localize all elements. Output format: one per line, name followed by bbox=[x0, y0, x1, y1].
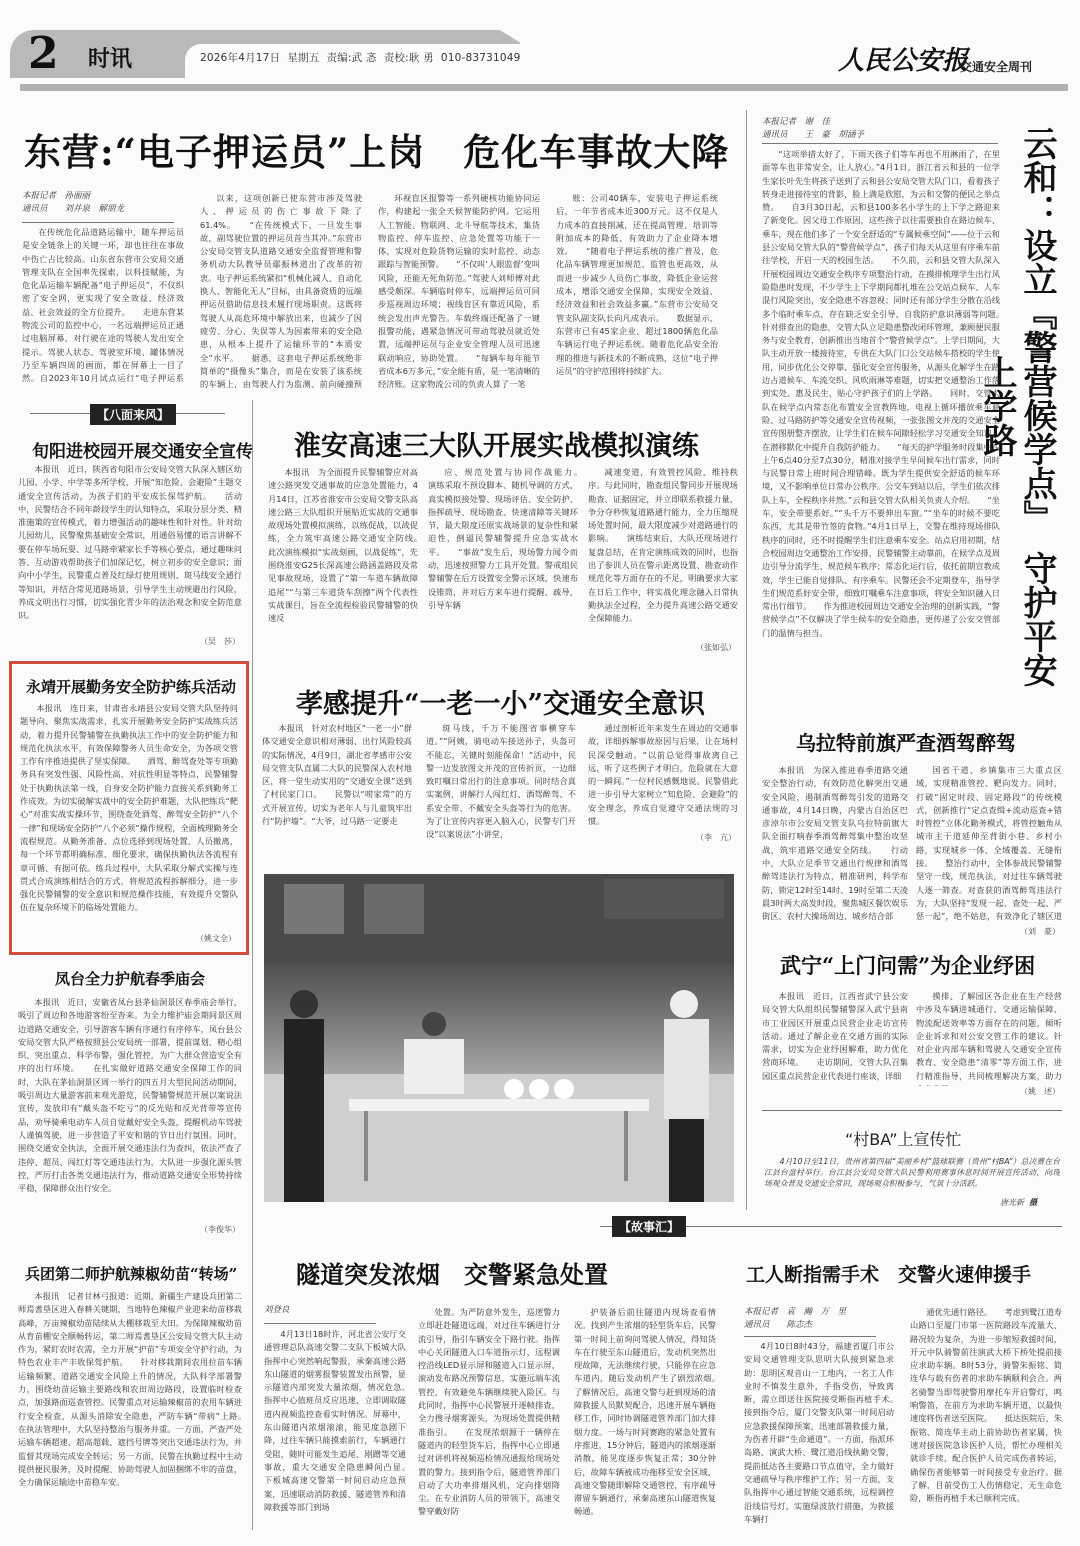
yunhe-headline: 云和：设立『警营候学点』 守护平安上学路 bbox=[1015, 116, 1057, 696]
lead-col-3: 环视盲区报警等一系列硬核功能协同运作，构建起一张全天候智能防护网。它运用人工智能… bbox=[378, 192, 540, 388]
lead-col-2: 以来，这项创新已使东营市涉及驾驶人、押运员的伤亡事故下降了61.4%。 “在传统… bbox=[200, 192, 362, 388]
yunhe-byline-rule bbox=[762, 143, 998, 144]
finger-byline: 本报记者 袁 瀚 万 里 通讯员 陈志杰 bbox=[744, 1306, 884, 1332]
issue-date: 2026年4月17日 bbox=[200, 52, 280, 64]
xiaogan-col-1: 本报讯 针对农村地区“一老一小”群体交通安全意识相对薄弱、出行风险较高的实际情况… bbox=[262, 722, 412, 844]
cunba-photo bbox=[264, 874, 734, 1202]
yunhe-body: “这项举措太好了，下雨天孩子们等车再也不用淋雨了，在里面等车也非常安全，让人放心… bbox=[762, 148, 1000, 696]
xiaogan-headline: 孝感提升“一老一小”交通安全意识 bbox=[296, 682, 705, 721]
right-column-divider bbox=[746, 110, 747, 1210]
paper-logo: 人民公安报 bbox=[838, 40, 968, 77]
finger-byline-rule bbox=[744, 1336, 876, 1337]
phone: 010-83731049 bbox=[441, 52, 521, 64]
section-name: 时讯 bbox=[88, 42, 132, 73]
wulate-col-1: 本报讯 为深入推进春季道路交通安全整治行动，有效防范化解突出交通安全风险，遏制酒… bbox=[762, 764, 908, 936]
bingtuan-body: 本报讯 记者甘林弓报道：近期，新疆生产建设兵团第二师焉耆垦区进入春耕关键期，当地… bbox=[18, 1290, 242, 1512]
issue-meta: 2026年4月17日 星期五 责编:武 忞 责校:耿 勇 010-8373104… bbox=[200, 50, 521, 65]
page-number: 2 bbox=[28, 30, 59, 78]
yongjing-headline: 永靖开展勤务安全防护练兵活动 bbox=[26, 676, 236, 697]
tunnel-byline-rule bbox=[264, 1323, 376, 1324]
lead-headline: 东营:“电子押运员”上岗 危化车事故大降 bbox=[24, 122, 729, 176]
masthead-rule bbox=[20, 84, 1068, 91]
xiaogan-col-3: 通过剖析近年来发生在周边的交通事故，详细拆解事故原因与后果，让在场村民深受触动。… bbox=[588, 722, 738, 830]
tunnel-byline: 刘登良 bbox=[264, 1304, 290, 1317]
wuning-headline: 武宁“上门问需”为企业纾困 bbox=[780, 950, 1035, 980]
huaian-credit: （张如弘） bbox=[670, 642, 736, 653]
wuning-credit: （姚 述） bbox=[1004, 1086, 1060, 1097]
wuning-rule bbox=[762, 1110, 1062, 1111]
finger-col-1: 4月10日8时43分，福建省厦门市公安局交通管理支队思明大队接到紧急求助：思明区… bbox=[744, 1340, 894, 1526]
xunyang-credit: （吴 莎） bbox=[180, 636, 240, 647]
huaian-col-3: 减速变道，有效管控风险、维持秩序。与此同时，勘查组民警同步开展现场勘查、证据固定… bbox=[588, 466, 738, 644]
lead-col-4: 账：公司40辆车，安装电子押运系统后，一年节省成本近300万元。这不仅是人力成本… bbox=[556, 192, 718, 388]
lead-byline: 本报记者 孙丽丽 通讯员 刘井泉 解朋龙 bbox=[22, 190, 182, 216]
supplement-name: 交通安全周刊 bbox=[960, 58, 1032, 75]
xiaogan-col-2: 斑马线，千万不能图省事横穿车道。”“阿姨，骑电动车接送孙子，头盔可不能忘，关键时… bbox=[426, 722, 576, 844]
issue-weekday: 星期五 bbox=[287, 52, 319, 64]
cunba-photographer: 唐光新 摄 bbox=[1000, 1197, 1037, 1208]
xunyang-headline: 旬阳进校园开展交通安全宣传 bbox=[32, 437, 253, 462]
editor: 责编:武 忞 bbox=[327, 52, 377, 64]
yunhe-reporter: 本报记者 谢 佳 bbox=[762, 116, 922, 129]
tunnel-headline: 隧道突发浓烟 交警紧急处置 bbox=[296, 1255, 608, 1290]
lead-correspondent: 通讯员 刘井泉 解朋龙 bbox=[22, 203, 182, 216]
finger-headline: 工人断指需手术 交警火速伸援手 bbox=[746, 1260, 1031, 1287]
tunnel-col-2: 处置。为严防意外发生，巡逻警力立即赶赴隧道远端，对过往车辆进行分流引导，指引车辆… bbox=[418, 1306, 560, 1524]
photographer-name: 唐光新 bbox=[1000, 1198, 1024, 1207]
fengtai-credit: （李俊华） bbox=[180, 1224, 240, 1235]
photo-scene-icon bbox=[264, 874, 734, 1202]
huaian-col-1: 本报讯 为全面提升民警辅警应对高速公路突发交通事故的应急处置能力，4月14日，江… bbox=[268, 466, 418, 654]
huaian-col-2: 应、规范处置与协同作战能力。 演练采取不预设脚本、随机导调的方式，真实模拟接处警… bbox=[428, 466, 578, 654]
huaian-headline: 淮安高速三大队开展实战模拟演练 bbox=[294, 424, 699, 463]
finger-col-2: 通优先通行路径。 考虑到鹭江道寿山路口至厦门市第一医院路段车流量大、路况较为复杂… bbox=[910, 1306, 1062, 1518]
bamian-label: 【八面来风】 bbox=[90, 404, 176, 425]
tunnel-col-3: 护装备后前往隧道内现场查看情况。找到产生浓烟的轻型货车后，民警第一时间上前询问驾… bbox=[574, 1306, 716, 1524]
fengtai-headline: 凤台全力护航春季庙会 bbox=[55, 968, 205, 989]
finger-reporter: 本报记者 袁 瀚 万 里 bbox=[744, 1306, 884, 1319]
finger-correspondent: 通讯员 陈志杰 bbox=[744, 1319, 884, 1332]
yunhe-byline: 本报记者 谢 佳 通讯员 王 豪 胡涵予 bbox=[762, 116, 922, 142]
lead-reporter: 本报记者 孙丽丽 bbox=[22, 190, 182, 203]
yunhe-correspondent: 通讯员 王 豪 胡涵予 bbox=[762, 129, 922, 142]
photo-credit-label: 摄 bbox=[1029, 1198, 1037, 1207]
wulate-headline: 乌拉特前旗严查酒驾醉驾 bbox=[796, 727, 1016, 756]
left-column-divider bbox=[252, 400, 253, 1530]
lead-col-1: 在传统危化品道路运输中，随车押运员是安全链条上的关键一环，却也往往在事故中伤亡占… bbox=[22, 226, 184, 388]
wuning-col-2: 摸排、了解园区各企业在生产经营中涉及车辆进城通行、交通运输保障、物流配送效率等方… bbox=[916, 990, 1062, 1086]
yongjing-body: 本报讯 连日来，甘肃省永靖县公安局交管大队坚持问题导向、聚焦实战需求，扎实开展勤… bbox=[20, 702, 238, 930]
yongjing-credit: （姚文全） bbox=[180, 933, 236, 944]
wulate-credit: （刘 豪） bbox=[1002, 926, 1060, 937]
fengtai-body: 本报讯 近日，安徽省凤台县茅仙洞景区春季庙会举行，吸引了周边和各地游客纷至沓来。… bbox=[18, 996, 242, 1214]
cunba-caption: 4月10日至11日，贵州省第四届“美丽乡村”篮球联赛（贵州“村BA”）总决赛在台… bbox=[764, 1156, 1060, 1200]
proofreader: 责校:耿 勇 bbox=[384, 52, 434, 64]
wulate-col-2: 国省干道、乡镇集市三大重点区域，实现精准管控、靶向发力。同时，打破“固定时段、固… bbox=[916, 764, 1062, 926]
xunyang-body: 本报讯 近日，陕西省旬阳市公安局交管大队深入辖区幼儿园、小学、中学等多所学校，开… bbox=[18, 463, 242, 633]
wuning-col-1: 本报讯 近日，江西省武宁县公安局交管大队组织民警辅警深入武宁县南市工业园区开展重… bbox=[762, 990, 908, 1086]
xiaogan-credit: （李 亢） bbox=[676, 832, 736, 843]
gushi-label: 【故事汇】 bbox=[612, 1216, 686, 1237]
byline-rule bbox=[22, 222, 174, 223]
tunnel-col-1: 4月13日18时许，河北省公安厅交通管理总队高速交警二支队下板城大队指挥中心突然… bbox=[264, 1328, 406, 1524]
bingtuan-headline: 兵团第二师护航辣椒幼苗“转场” bbox=[25, 1263, 237, 1284]
cunba-headline: “村BA”上宣传忙 bbox=[845, 1127, 962, 1150]
